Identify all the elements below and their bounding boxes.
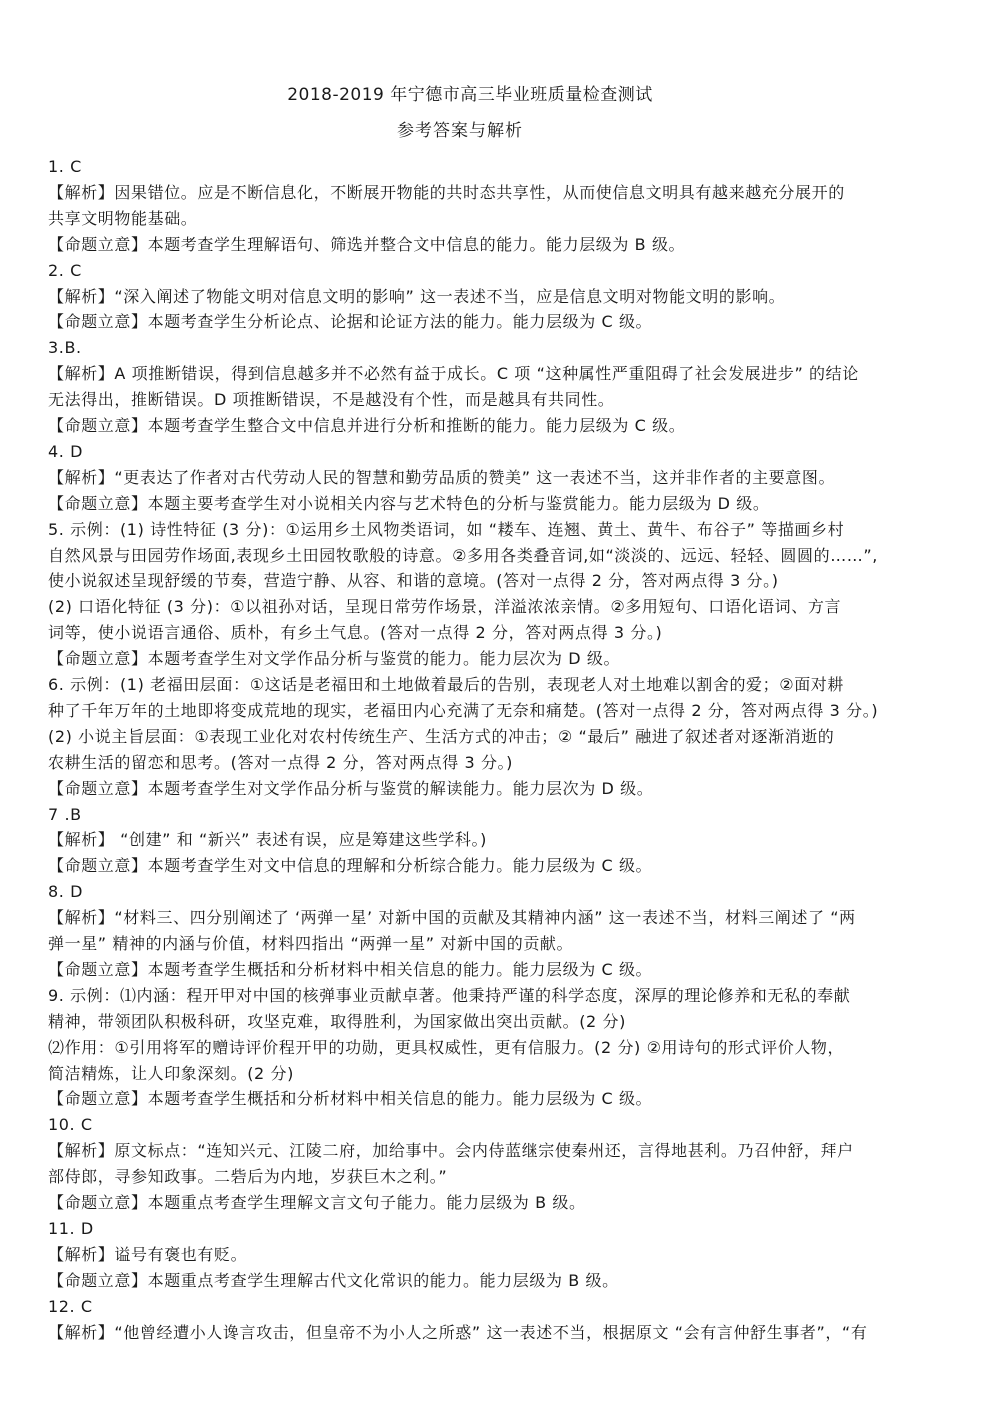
document-line: 【命题立意】本题重点考查学生理解古代文化常识的能力。能力层级为 B 级。 xyxy=(48,1270,908,1292)
document-line: ⑵作用：①引用将军的赠诗评价程开甲的功勋，更具权威性，更有信服力。(2 分) ②… xyxy=(48,1037,908,1059)
document-line: 【解析】“更表达了作者对古代劳动人民的智慧和勤劳品质的赞美” 这一表述不当，这并… xyxy=(48,467,908,489)
document-line: 11. D xyxy=(48,1218,908,1240)
document-line: 【命题立意】本题考查学生分析论点、论据和论证方法的能力。能力层级为 C 级。 xyxy=(48,311,908,333)
document-line: 【命题立意】本题考查学生概括和分析材料中相关信息的能力。能力层级为 C 级。 xyxy=(48,959,908,981)
document-subtitle: 参考答案与解析 xyxy=(0,120,920,142)
document-line: 【命题立意】本题考查学生对文学作品分析与鉴赏的能力。能力层次为 D 级。 xyxy=(48,648,908,670)
document-line: 10. C xyxy=(48,1114,908,1136)
document-line: 【解析】谥号有褒也有贬。 xyxy=(48,1244,908,1266)
document-line: 词等，使小说语言通俗、质朴，有乡土气息。(答对一点得 2 分，答对两点得 3 分… xyxy=(48,622,908,644)
document-line: 【命题立意】本题主要考查学生对小说相关内容与艺术特色的分析与鉴赏能力。能力层级为… xyxy=(48,493,908,515)
document-line: 无法得出，推断错误。D 项推断错误，不是越没有个性，而是越具有共同性。 xyxy=(48,389,908,411)
document-line: 部侍郎，寻参知政事。二砦后为内地，岁获巨木之利。” xyxy=(48,1166,908,1188)
document-line: 【解析】“他曾经遭小人谗言攻击，但皇帝不为小人之所惑” 这一表述不当，根据原文 … xyxy=(48,1322,908,1344)
document-line: 5. 示例：(1) 诗性特征 (3 分)：①运用乡土风物类语词，如 “耧车、连翘… xyxy=(48,519,908,541)
document-line: 12. C xyxy=(48,1296,908,1318)
document-line: 9. 示例：⑴内涵：程开甲对中国的核弹事业贡献卓著。他秉持严谨的科学态度，深厚的… xyxy=(48,985,908,1007)
document-line: 4. D xyxy=(48,441,908,463)
document-line: 【解析】 “创建” 和 “新兴” 表述有误，应是筹建这些学科。) xyxy=(48,829,908,851)
document-line: 6. 示例：(1) 老福田层面：①这话是老福田和土地做着最后的告别，表现老人对土… xyxy=(48,674,908,696)
document-line: 【命题立意】本题考查学生对文中信息的理解和分析综合能力。能力层级为 C 级。 xyxy=(48,855,908,877)
document-line: 【解析】“材料三、四分别阐述了 ‘两弹一星’ 对新中国的贡献及其精神内涵” 这一… xyxy=(48,907,908,929)
document-line: 【命题立意】本题考查学生整合文中信息并进行分析和推断的能力。能力层级为 C 级。 xyxy=(48,415,908,437)
document-line: (2) 口语化特征 (3 分)：①以祖孙对话，呈现日常劳作场景，洋溢浓浓亲情。②… xyxy=(48,596,908,618)
document-page: 2018-2019 年宁德市高三毕业班质量检查测试 参考答案与解析 1. C 【… xyxy=(0,0,992,1403)
document-line: 【命题立意】本题考查学生概括和分析材料中相关信息的能力。能力层级为 C 级。 xyxy=(48,1088,908,1110)
document-line: 【解析】原文标点：“连知兴元、江陵二府，加给事中。会内侍蓝继宗使秦州还，言得地甚… xyxy=(48,1140,908,1162)
document-line: 简洁精炼，让人印象深刻。(2 分) xyxy=(48,1063,908,1085)
document-line: 【命题立意】本题重点考查学生理解文言文句子能力。能力层级为 B 级。 xyxy=(48,1192,908,1214)
document-title: 2018-2019 年宁德市高三毕业班质量检查测试 xyxy=(0,84,940,106)
document-line: 7 .B xyxy=(48,804,908,826)
document-line: 自然风景与田园劳作场面,表现乡土田园牧歌般的诗意。②多用各类叠音词,如“淡淡的、… xyxy=(48,545,908,567)
document-line: 【命题立意】本题考查学生对文学作品分析与鉴赏的解读能力。能力层次为 D 级。 xyxy=(48,778,908,800)
document-line: 弹一星” 精神的内涵与价值，材料四指出 “两弹一星” 对新中国的贡献。 xyxy=(48,933,908,955)
document-line: 3.B. xyxy=(48,337,908,359)
document-line: 【命题立意】本题考查学生理解语句、筛选并整合文中信息的能力。能力层级为 B 级。 xyxy=(48,234,908,256)
document-line: 2. C xyxy=(48,260,908,282)
document-line: 【解析】“深入阐述了物能文明对信息文明的影响” 这一表述不当，应是信息文明对物能… xyxy=(48,286,908,308)
document-line: 【解析】因果错位。应是不断信息化，不断展开物能的共时态共享性，从而使信息文明具有… xyxy=(48,182,908,204)
document-line: 【解析】A 项推断错误，得到信息越多并不必然有益于成长。C 项 “这种属性严重阻… xyxy=(48,363,908,385)
document-line: 8. D xyxy=(48,881,908,903)
document-line: (2) 小说主旨层面：①表现工业化对农村传统生产、生活方式的冲击；② “最后” … xyxy=(48,726,908,748)
document-line: 共享文明物能基础。 xyxy=(48,208,908,230)
document-line: 使小说叙述呈现舒缓的节奏，营造宁静、从容、和谐的意境。(答对一点得 2 分，答对… xyxy=(48,570,908,592)
document-line: 精神，带领团队积极科研，攻坚克难，取得胜利，为国家做出突出贡献。(2 分) xyxy=(48,1011,908,1033)
document-line: 1. C xyxy=(48,156,908,178)
document-line: 种了千年万年的土地即将变成荒地的现实，老福田内心充满了无奈和痛楚。(答对一点得 … xyxy=(48,700,908,722)
document-line: 农耕生活的留恋和思考。(答对一点得 2 分，答对两点得 3 分。) xyxy=(48,752,908,774)
